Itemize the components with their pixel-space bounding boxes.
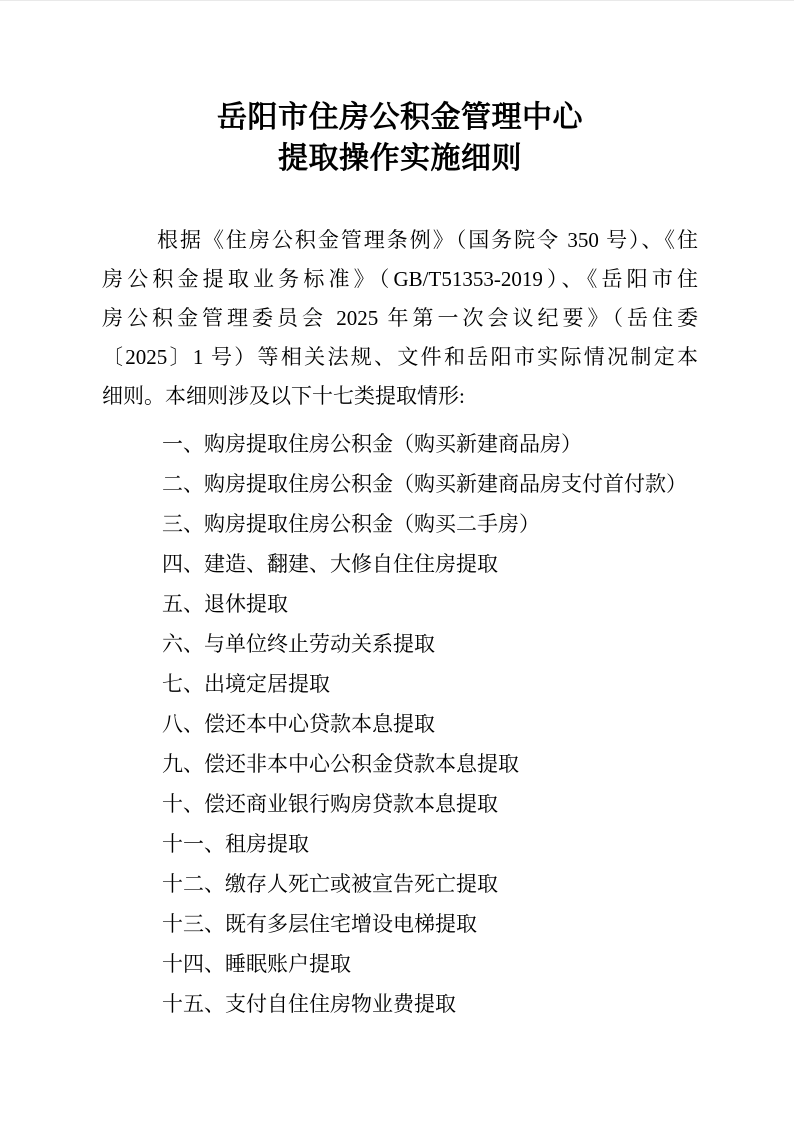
withdrawal-type-list-item: 三、购房提取住房公积金（购买二手房） [102,504,698,544]
withdrawal-types-list: 一、购房提取住房公积金（购买新建商品房）二、购房提取住房公积金（购买新建商品房支… [102,424,698,1024]
withdrawal-type-list-item: 十三、既有多层住宅增设电梯提取 [102,904,698,944]
withdrawal-type-list-item: 十四、睡眠账户提取 [102,944,698,984]
withdrawal-type-list-item: 九、偿还非本中心公积金贷款本息提取 [102,744,698,784]
title-line-2: 提取操作实施细则 [102,138,698,179]
withdrawal-type-list-item: 十二、缴存人死亡或被宣告死亡提取 [102,864,698,904]
withdrawal-type-list-item: 五、退休提取 [102,584,698,624]
intro-paragraph-line: 〔2025〕1 号）等相关法规、文件和岳阳市实际情况制定本 [102,338,698,377]
withdrawal-type-list-item: 一、购房提取住房公积金（购买新建商品房） [102,424,698,464]
intro-paragraph-line: 房公积金管理委员会 2025 年第一次会议纪要》（岳住委 [102,299,698,338]
withdrawal-type-list-item: 七、出境定居提取 [102,664,698,704]
intro-paragraph-line: 细则。本细则涉及以下十七类提取情形: [102,377,698,416]
withdrawal-type-list-item: 十一、租房提取 [102,824,698,864]
withdrawal-type-list-item: 八、偿还本中心贷款本息提取 [102,704,698,744]
withdrawal-type-list-item: 十、偿还商业银行购房贷款本息提取 [102,784,698,824]
withdrawal-type-list-item: 六、与单位终止劳动关系提取 [102,624,698,664]
intro-paragraph-line: 根据《住房公积金管理条例》（国务院令 350 号）、《住 [102,221,698,260]
intro-paragraph-line: 房公积金提取业务标准》（GB/T51353-2019）、《岳阳市住 [102,260,698,299]
withdrawal-type-list-item: 四、建造、翻建、大修自住住房提取 [102,544,698,584]
document-title: 岳阳市住房公积金管理中心 提取操作实施细则 [102,97,698,179]
withdrawal-type-list-item: 十五、支付自住住房物业费提取 [102,984,698,1024]
withdrawal-type-list-item: 二、购房提取住房公积金（购买新建商品房支付首付款） [102,464,698,504]
document-page: 岳阳市住房公积金管理中心 提取操作实施细则 根据《住房公积金管理条例》（国务院令… [0,0,794,1122]
title-line-1: 岳阳市住房公积金管理中心 [102,97,698,138]
intro-paragraph: 根据《住房公积金管理条例》（国务院令 350 号）、《住房公积金提取业务标准》（… [102,221,698,416]
